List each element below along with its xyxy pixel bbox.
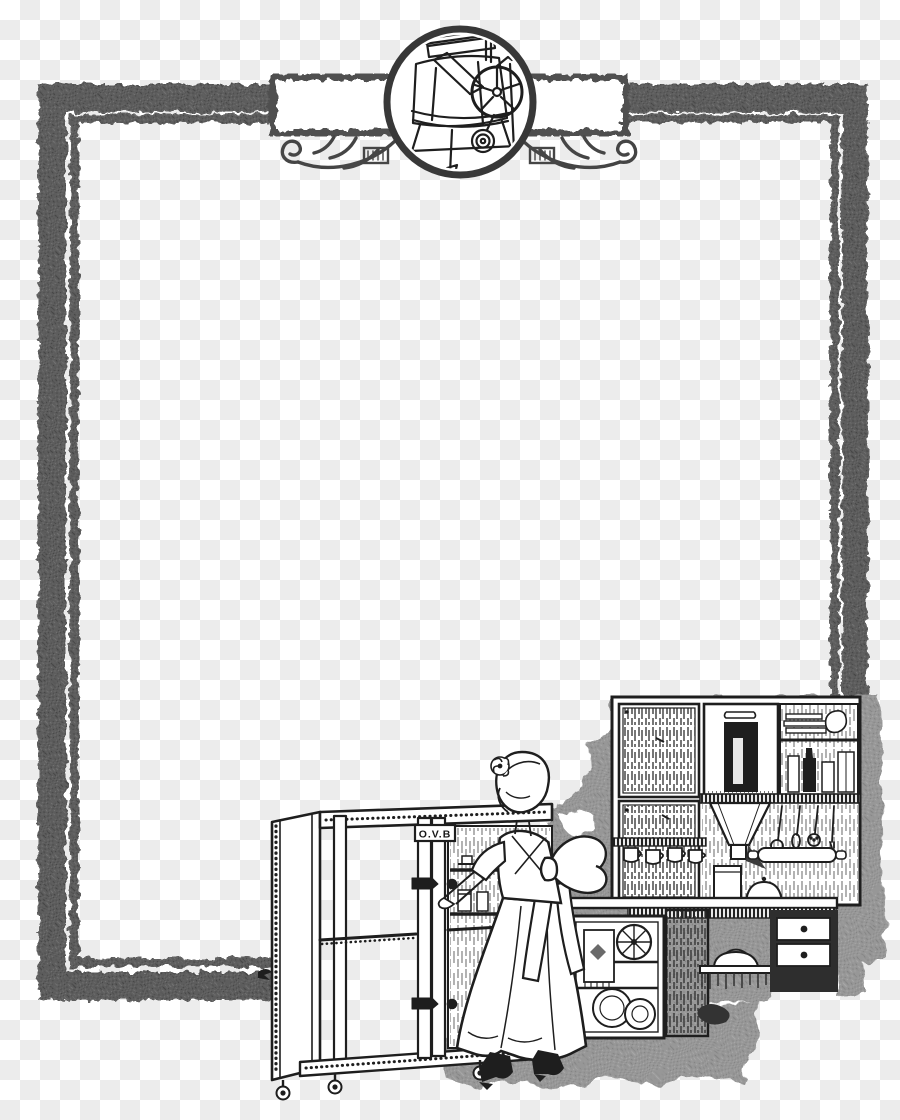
head [491,752,549,812]
cabinet-label-plate: O.V.B [415,825,455,841]
frame-bottom-inner-line [70,958,296,967]
hanging-cups [614,838,706,864]
drawer-stack [770,910,838,992]
kitchen-wall-cabinet [612,697,860,905]
stacked-plates-and-scoop [784,711,846,733]
vintage-border-illustration: O.V.B [0,0,900,1120]
frame-right-inner-line [830,114,839,706]
striped-cupboard-doors [619,704,699,901]
rolling-pin [748,848,846,862]
frame-left-band [38,84,66,1000]
cabinet-label-text: O.V.B [419,829,452,841]
towel [584,930,614,988]
open-lower-cabinet [570,916,664,1038]
frame-left-inner-line [70,114,79,970]
hair-rosette [491,757,509,776]
counter-board [565,898,837,908]
center-cabinet-door [704,704,778,798]
illustration-canvas: O.V.B [0,0,900,1120]
spoked-pan [617,925,651,959]
frame-bottom-band [38,972,290,1000]
shelf-board [700,794,860,803]
shelf-section [780,704,858,798]
